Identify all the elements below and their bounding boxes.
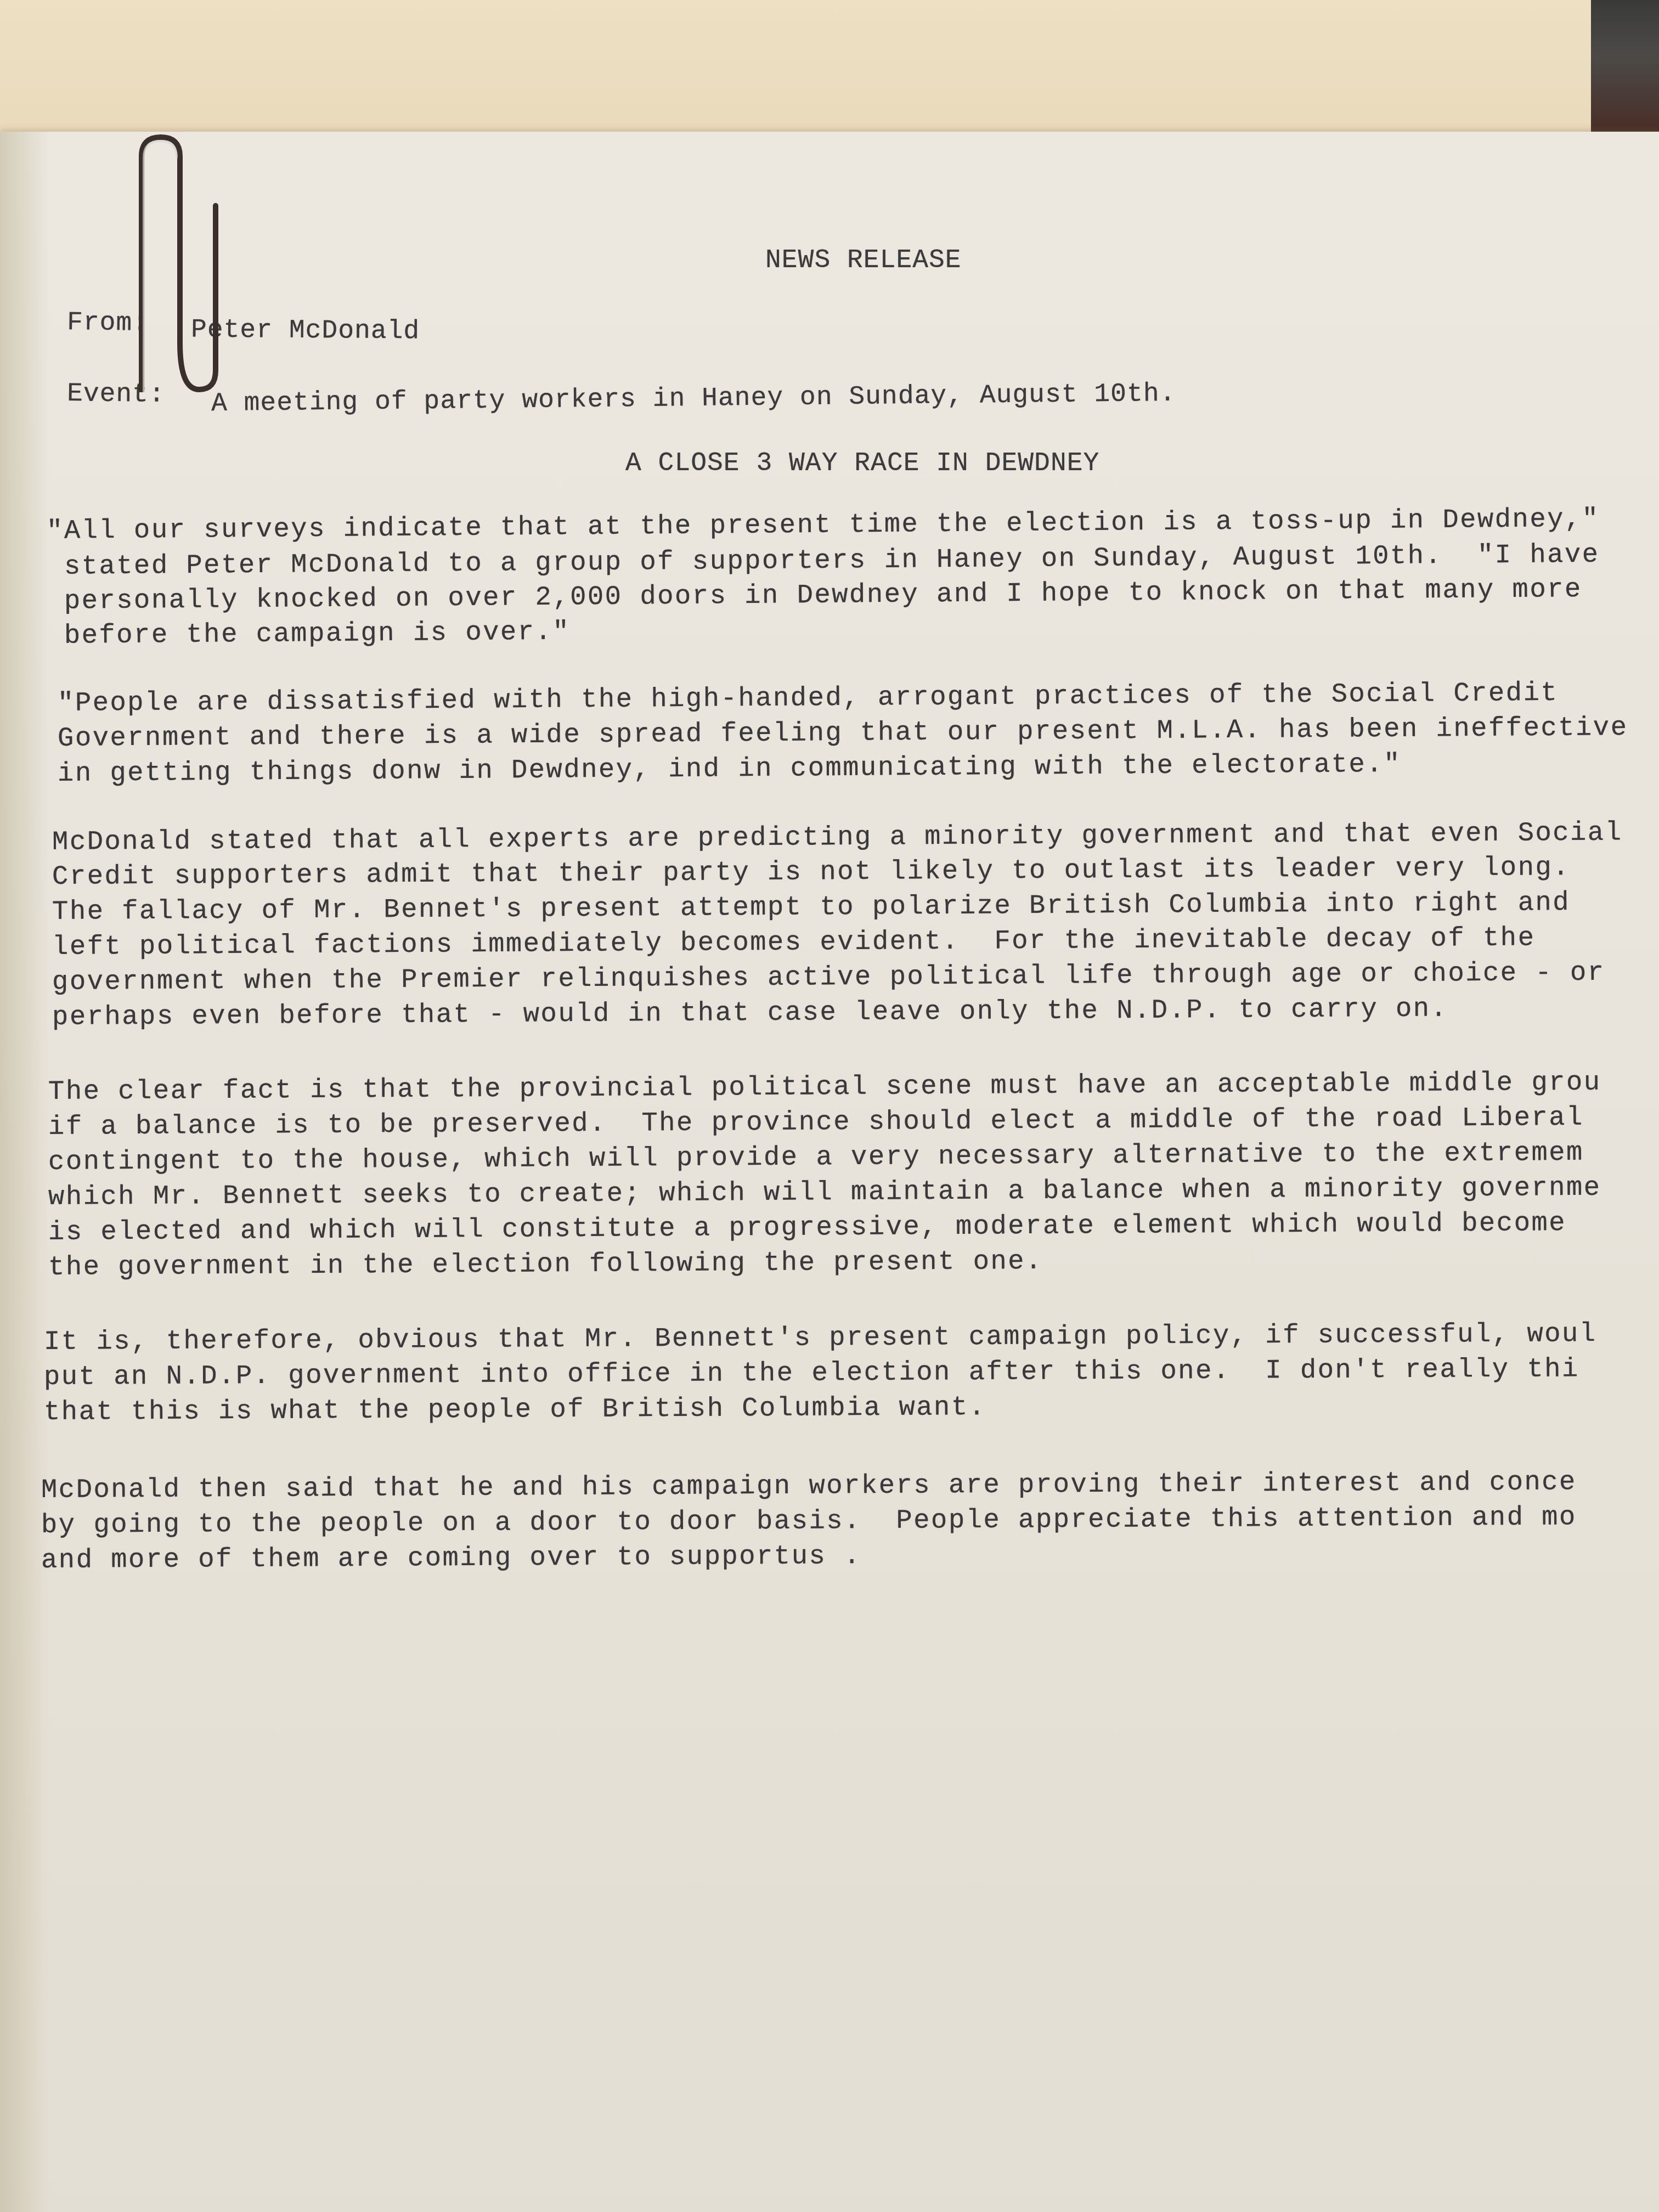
document-heading: NEWS RELEASE: [765, 246, 962, 275]
background-edge: [1591, 0, 1659, 137]
paragraph-line: that this is what the people of British …: [44, 1392, 986, 1427]
paragraph-line: before the campaign is over.": [47, 617, 571, 651]
document-subtitle: A CLOSE 3 WAY RACE IN DEWDNEY: [625, 449, 1099, 478]
page-edge-shadow: [0, 132, 49, 2212]
paragraph-line: and more of them are coming over to supp…: [41, 1541, 861, 1576]
paperclip-icon: [131, 134, 218, 392]
paragraph-line: the government in the election following…: [48, 1246, 1043, 1283]
from-value: Peter McDonald: [191, 315, 420, 347]
